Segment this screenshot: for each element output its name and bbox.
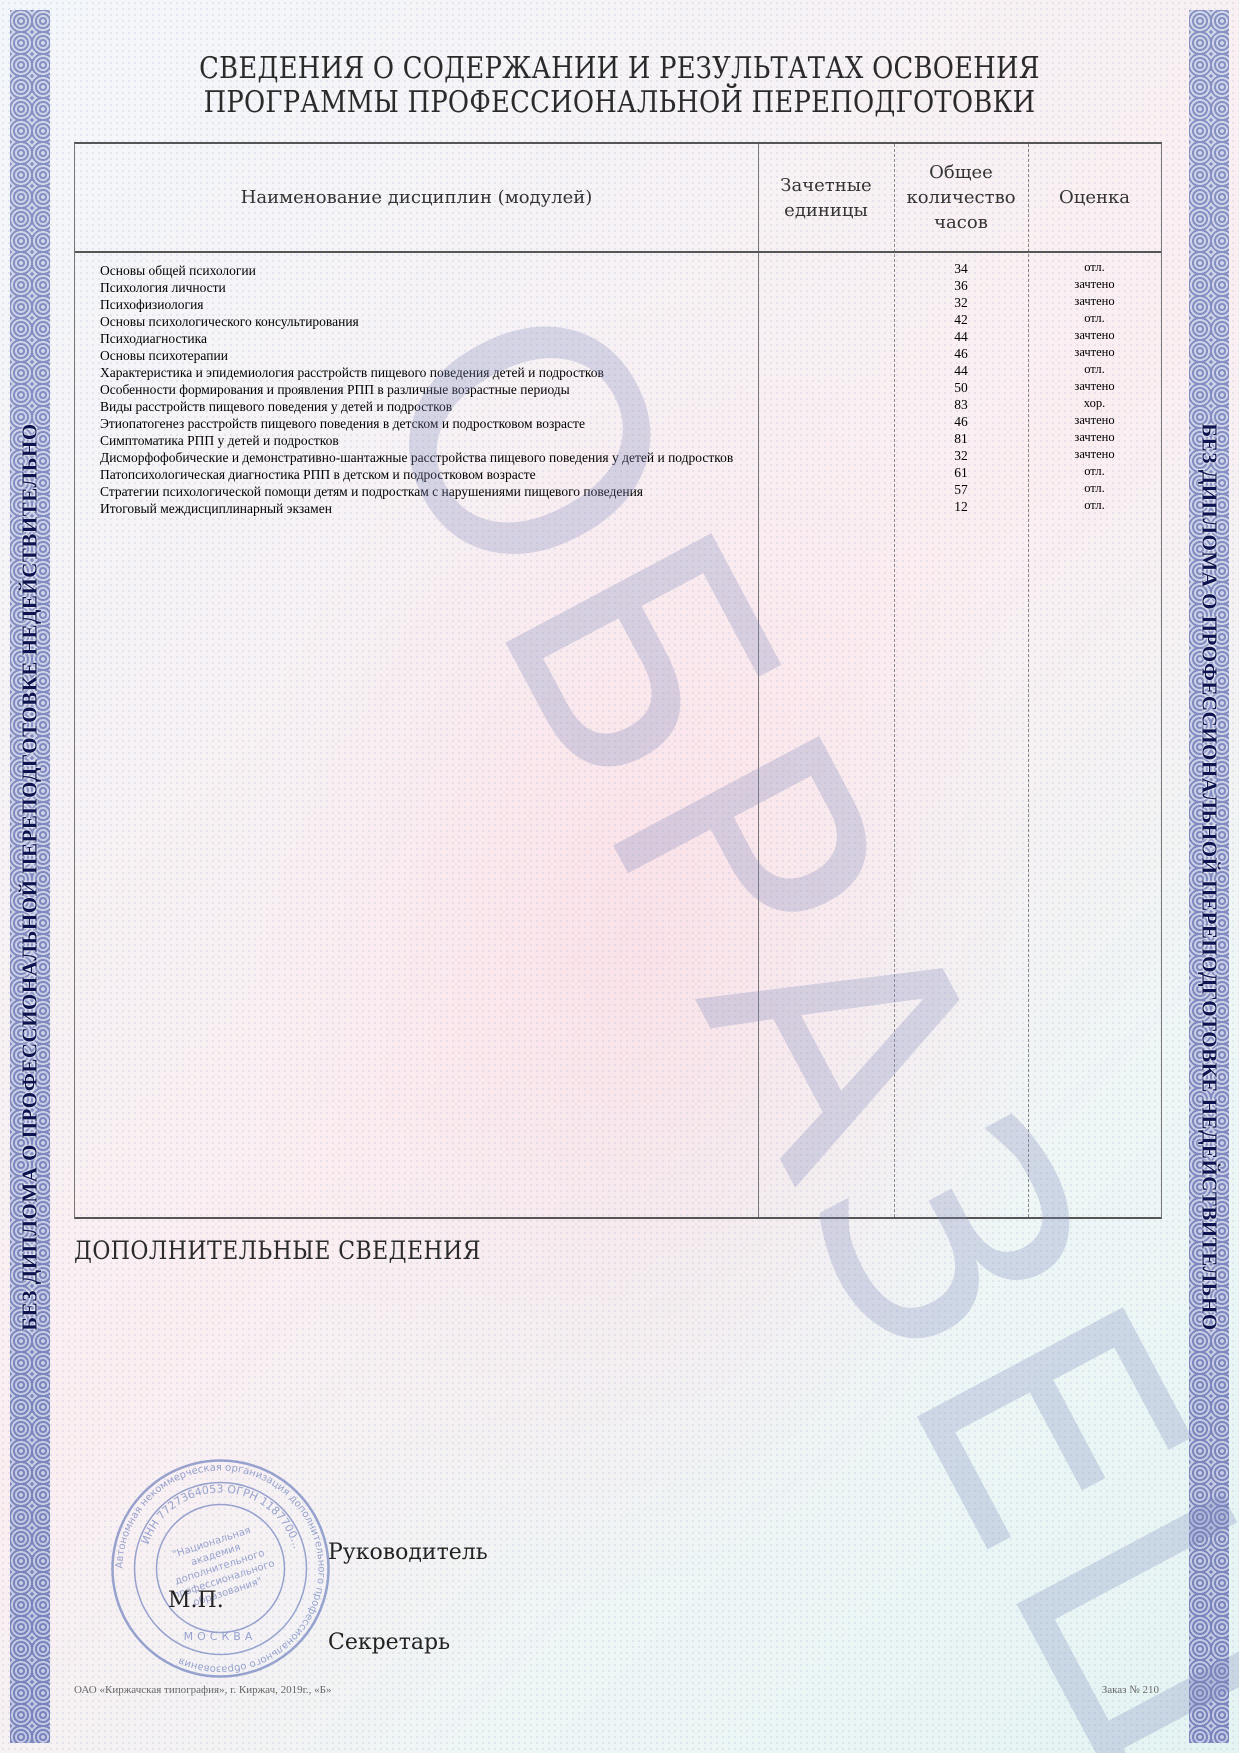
hours-value: 36 <box>894 277 1028 294</box>
hours-value: 44 <box>894 362 1028 379</box>
grade-value: зачтено <box>1028 429 1161 446</box>
grade-value: зачтено <box>1028 276 1161 293</box>
header-discipline-label: Наименование дисциплин (модулей) <box>241 185 593 210</box>
grade-value: отл. <box>1028 259 1161 276</box>
discipline-name: Характеристика и эпидемиология расстройс… <box>75 364 760 381</box>
discipline-name: Основы общей психологии <box>75 262 760 279</box>
discipline-name: Патопсихологическая диагностика РПП в де… <box>75 466 760 483</box>
signature-head-label: Руководитель <box>328 1540 488 1565</box>
header-hours-line-2: количество <box>906 185 1015 210</box>
table-body: Основы общей психологии34отл.Психология … <box>75 262 1161 517</box>
grade-value: зачтено <box>1028 446 1161 463</box>
discipline-name: Особенности формирования и проявления РП… <box>75 381 760 398</box>
disciplines-table: Наименование дисциплин (модулей) Зачетны… <box>74 142 1162 1219</box>
header-hours-line-3: часов <box>906 210 1015 235</box>
grade-value: зачтено <box>1028 344 1161 361</box>
discipline-name: Основы психотерапии <box>75 347 760 364</box>
discipline-name: Этиопатогенез расстройств пищевого повед… <box>75 415 760 432</box>
grade-value: зачтено <box>1028 293 1161 310</box>
discipline-name: Дисморфофобические и демонстративно-шант… <box>75 449 760 466</box>
discipline-name: Психодиагностика <box>75 330 760 347</box>
hours-value: 32 <box>894 294 1028 311</box>
hours-value: 57 <box>894 481 1028 498</box>
grade-value: отл. <box>1028 361 1161 378</box>
header-credits-line-1: Зачетные <box>780 173 871 198</box>
grade-value: зачтено <box>1028 412 1161 429</box>
grade-value: отл. <box>1028 480 1161 497</box>
title-line-1: СВЕДЕНИЯ О СОДЕРЖАНИИ И РЕЗУЛЬТАТАХ ОСВО… <box>87 52 1153 86</box>
grade-value: хор. <box>1028 395 1161 412</box>
header-discipline: Наименование дисциплин (модулей) <box>75 144 758 251</box>
grade-value: зачтено <box>1028 378 1161 395</box>
hours-value: 83 <box>894 396 1028 413</box>
header-hours-line-1: Общее <box>906 160 1015 185</box>
header-credits: Зачетные единицы <box>758 144 894 251</box>
discipline-name: Итоговый междисциплинарный экзамен <box>75 500 760 517</box>
additional-info-title: ДОПОЛНИТЕЛЬНЫЕ СВЕДЕНИЯ <box>74 1236 481 1265</box>
discipline-name: Стратегии психологической помощи детям и… <box>75 483 760 500</box>
seal-place-label: М.П. <box>168 1588 224 1613</box>
hours-value: 42 <box>894 311 1028 328</box>
signature-secretary-label: Секретарь <box>328 1630 450 1655</box>
discipline-name: Психофизиология <box>75 296 760 313</box>
left-border-text: БЕЗ ДИПЛОМА О ПРОФЕССИОНАЛЬНОЙ ПЕРЕПОДГО… <box>18 423 43 1330</box>
hours-value: 50 <box>894 379 1028 396</box>
header-hours: Общее количество часов <box>894 144 1028 251</box>
order-number: Заказ № 210 <box>1102 1684 1159 1696</box>
table-row: Итоговый междисциплинарный экзамен12отл. <box>75 500 1161 517</box>
printer-info: ОАО «Киржачская типография», г. Киржач, … <box>74 1684 332 1696</box>
hours-value: 61 <box>894 464 1028 481</box>
grade-value: отл. <box>1028 310 1161 327</box>
title-line-2: ПРОГРАММЫ ПРОФЕССИОНАЛЬНОЙ ПЕРЕПОДГОТОВК… <box>87 86 1153 120</box>
discipline-name: Виды расстройств пищевого поведения у де… <box>75 398 760 415</box>
discipline-name: Психология личности <box>75 279 760 296</box>
page-title: СВЕДЕНИЯ О СОДЕРЖАНИИ И РЕЗУЛЬТАТАХ ОСВО… <box>87 52 1153 120</box>
hours-value: 44 <box>894 328 1028 345</box>
right-security-border: БЕЗ ДИПЛОМА О ПРОФЕССИОНАЛЬНОЙ ПЕРЕПОДГО… <box>1189 10 1229 1743</box>
seal-stamp-icon: Автономная некоммерческая организация до… <box>108 1456 333 1681</box>
left-security-border: БЕЗ ДИПЛОМА О ПРОФЕССИОНАЛЬНОЙ ПЕРЕПОДГО… <box>10 10 50 1743</box>
hours-value: 12 <box>894 498 1028 515</box>
header-credits-line-2: единицы <box>780 198 871 223</box>
grade-value: отл. <box>1028 463 1161 480</box>
discipline-name: Основы психологического консультирования <box>75 313 760 330</box>
hours-value: 46 <box>894 413 1028 430</box>
grade-value: зачтено <box>1028 327 1161 344</box>
header-grade: Оценка <box>1028 144 1161 251</box>
hours-value: 32 <box>894 447 1028 464</box>
discipline-name: Симптоматика РПП у детей и подростков <box>75 432 760 449</box>
grade-value: отл. <box>1028 497 1161 514</box>
header-divider <box>75 251 1161 253</box>
hours-value: 46 <box>894 345 1028 362</box>
hours-value: 81 <box>894 430 1028 447</box>
stamp-city: МОСКВА <box>184 1630 257 1643</box>
right-border-text: БЕЗ ДИПЛОМА О ПРОФЕССИОНАЛЬНОЙ ПЕРЕПОДГО… <box>1197 423 1222 1330</box>
header-grade-label: Оценка <box>1059 185 1130 210</box>
hours-value: 34 <box>894 260 1028 277</box>
